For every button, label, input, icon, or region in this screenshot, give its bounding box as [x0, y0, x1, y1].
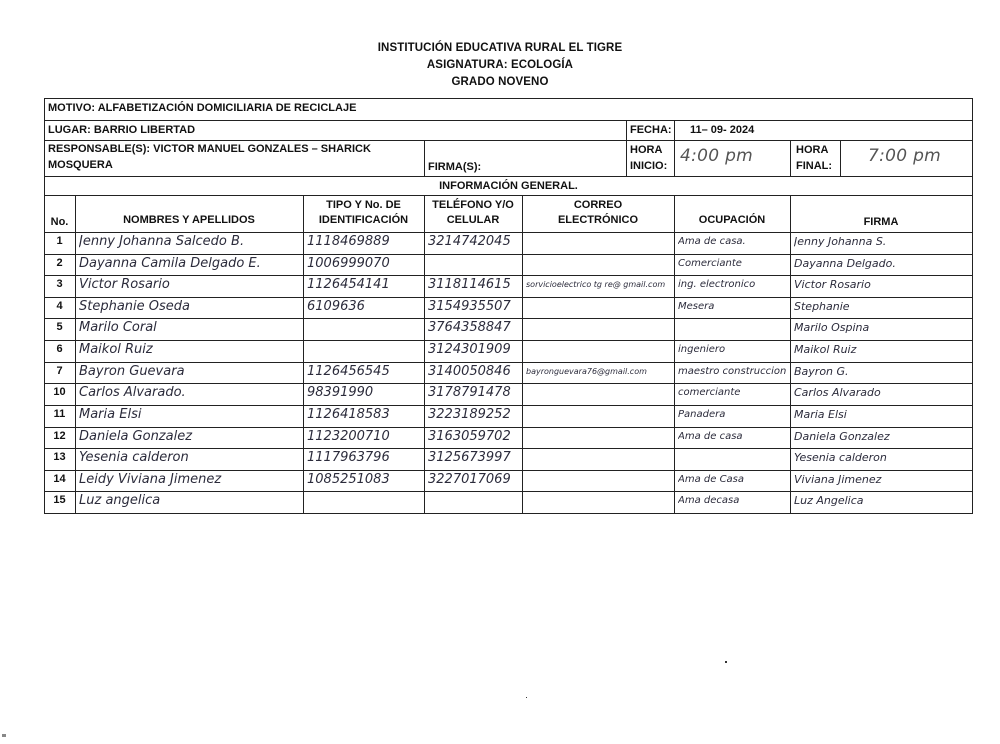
divider — [790, 140, 791, 176]
cell-name[interactable]: Luz angelica — [79, 491, 301, 513]
cell-name[interactable]: Carlos Alvarado. — [79, 383, 301, 405]
cell-id[interactable]: 1118469889 — [307, 232, 422, 254]
cell-email[interactable] — [526, 383, 672, 405]
cell-name[interactable]: Dayanna Camila Delgado E. — [79, 254, 301, 276]
cell-phone[interactable]: 3764358847 — [428, 318, 520, 340]
motivo-label: MOTIVO: ALFABETIZACIÓN DOMICILIARIA DE R… — [48, 102, 356, 115]
cell-id[interactable] — [307, 318, 422, 340]
divider — [44, 195, 973, 196]
cell-phone[interactable]: 3227017069 — [428, 470, 520, 492]
cell-email[interactable] — [526, 427, 672, 449]
cell-email[interactable] — [526, 448, 672, 470]
cell-phone[interactable]: 3214742045 — [428, 232, 520, 254]
col-header-id-2: IDENTIFICACIÓN — [303, 213, 424, 227]
divider — [626, 120, 627, 176]
divider — [424, 140, 425, 176]
cell-name[interactable]: Marilo Coral — [79, 318, 301, 340]
cell-occupation[interactable]: comerciante — [678, 383, 788, 405]
col-header-ocupacion: OCUPACIÓN — [674, 213, 790, 227]
scan-speck — [2, 734, 6, 737]
cell-occupation[interactable]: Ama de casa. — [678, 232, 788, 254]
cell-occupation[interactable] — [678, 448, 788, 470]
cell-email[interactable] — [526, 318, 672, 340]
cell-signature[interactable]: Stephanie — [794, 297, 971, 319]
cell-email[interactable] — [526, 340, 672, 362]
responsables-label-line2: MOSQUERA — [48, 159, 113, 172]
cell-occupation[interactable]: ing. electronico — [678, 275, 788, 297]
cell-signature[interactable]: Viviana Jimenez — [794, 470, 971, 492]
scan-speck — [725, 661, 727, 663]
cell-phone[interactable]: 3140050846 — [428, 362, 520, 384]
row-number: 11 — [44, 408, 75, 420]
fecha-value: 11– 09- 2024 — [690, 124, 754, 137]
row-number: 6 — [44, 343, 75, 355]
cell-name[interactable]: Victor Rosario — [79, 275, 301, 297]
cell-id[interactable]: 1123200710 — [307, 427, 422, 449]
row-number: 12 — [44, 430, 75, 442]
cell-signature[interactable]: Marilo Ospina — [794, 318, 971, 340]
col-header-correo-2: ELECTRÓNICO — [522, 213, 674, 227]
col-header-firma: FIRMA — [790, 215, 972, 229]
cell-email[interactable]: sorvicioelectrico tg re@ gmail.com — [526, 275, 672, 297]
cell-name[interactable]: Jenny Johanna Salcedo B. — [79, 232, 301, 254]
col-header-correo-1: CORREO — [522, 198, 674, 212]
cell-phone[interactable] — [428, 491, 520, 513]
row-number: 2 — [44, 257, 75, 269]
cell-id[interactable]: 1006999070 — [307, 254, 422, 276]
cell-occupation[interactable]: ingeniero — [678, 340, 788, 362]
scan-speck — [526, 697, 527, 698]
cell-signature[interactable]: Yesenia calderon — [794, 448, 971, 470]
cell-email[interactable] — [526, 232, 672, 254]
cell-occupation[interactable]: Ama de Casa — [678, 470, 788, 492]
cell-phone[interactable]: 3125673997 — [428, 448, 520, 470]
cell-occupation[interactable]: Comerciante — [678, 254, 788, 276]
cell-signature[interactable]: Maria Elsi — [794, 405, 971, 427]
cell-email[interactable] — [526, 491, 672, 513]
lugar-label: LUGAR: BARRIO LIBERTAD — [48, 124, 195, 137]
cell-signature[interactable]: Luz Angelica — [794, 491, 971, 513]
fecha-label: FECHA: — [630, 124, 672, 137]
cell-id[interactable]: 1126418583 — [307, 405, 422, 427]
cell-phone[interactable]: 3163059702 — [428, 427, 520, 449]
row-number: 4 — [44, 300, 75, 312]
cell-id[interactable] — [307, 340, 422, 362]
row-number: 3 — [44, 278, 75, 290]
cell-name[interactable]: Stephanie Oseda — [79, 297, 301, 319]
cell-email[interactable] — [526, 405, 672, 427]
divider — [44, 120, 973, 121]
hora-final-value[interactable]: 7:00 pm — [868, 148, 941, 164]
cell-name[interactable]: Bayron Guevara — [79, 362, 301, 384]
cell-signature[interactable]: Bayron G. — [794, 362, 971, 384]
cell-id[interactable]: 98391990 — [307, 383, 422, 405]
cell-phone[interactable]: 3124301909 — [428, 340, 520, 362]
cell-id[interactable]: 1117963796 — [307, 448, 422, 470]
row-number: 5 — [44, 321, 75, 333]
cell-signature[interactable]: Daniela Gonzalez — [794, 427, 971, 449]
cell-email[interactable] — [526, 254, 672, 276]
divider — [840, 140, 841, 176]
col-header-nombres: NOMBRES Y APELLIDOS — [75, 213, 303, 227]
col-header-tel-2: CELULAR — [424, 213, 522, 227]
cell-occupation[interactable]: Mesera — [678, 297, 788, 319]
row-number: 7 — [44, 365, 75, 377]
subject-title: ASIGNATURA: ECOLOGÍA — [0, 59, 1000, 71]
cell-phone[interactable]: 3154935507 — [428, 297, 520, 319]
cell-name[interactable]: Daniela Gonzalez — [79, 427, 301, 449]
cell-occupation[interactable]: maestro construccion — [678, 362, 788, 384]
row-number: 14 — [44, 473, 75, 485]
cell-name[interactable]: Maria Elsi — [79, 405, 301, 427]
cell-occupation[interactable] — [678, 318, 788, 340]
section-title: INFORMACIÓN GENERAL. — [44, 180, 973, 193]
cell-id[interactable]: 6109636 — [307, 297, 422, 319]
divider — [44, 140, 973, 141]
cell-id[interactable]: 1085251083 — [307, 470, 422, 492]
hora-final-label-2: FINAL: — [796, 160, 832, 173]
row-number: 1 — [44, 235, 75, 247]
hora-inicio-value[interactable]: 4:00 pm — [680, 148, 753, 164]
cell-email[interactable] — [526, 470, 672, 492]
hora-inicio-label-2: INICIO: — [630, 160, 667, 173]
row-number: 13 — [44, 451, 75, 463]
cell-id[interactable] — [307, 491, 422, 513]
cell-signature[interactable]: Dayanna Delgado. — [794, 254, 971, 276]
cell-id[interactable]: 1126454141 — [307, 275, 422, 297]
cell-name[interactable]: Leidy Viviana Jimenez — [79, 470, 301, 492]
cell-name[interactable]: Maikol Ruiz — [79, 340, 301, 362]
firmas-label: FIRMA(S): — [428, 161, 481, 174]
cell-phone[interactable] — [428, 254, 520, 276]
hora-inicio-label-1: HORA — [630, 144, 662, 157]
institution-title: INSTITUCIÓN EDUCATIVA RURAL EL TIGRE — [0, 42, 1000, 54]
cell-phone[interactable]: 3223189252 — [428, 405, 520, 427]
responsables-label-line1: RESPONSABLE(S): VICTOR MANUEL GONZALES –… — [48, 143, 371, 156]
cell-email[interactable]: bayronguevara76@gmail.com — [526, 362, 672, 384]
cell-phone[interactable]: 3118114615 — [428, 275, 520, 297]
cell-occupation[interactable]: Panadera — [678, 405, 788, 427]
col-header-no: No. — [44, 215, 75, 229]
divider — [674, 120, 675, 176]
cell-signature[interactable]: Maikol Ruiz — [794, 340, 971, 362]
cell-signature[interactable]: Jenny Johanna S. — [794, 232, 971, 254]
cell-signature[interactable]: Victor Rosario — [794, 275, 971, 297]
grade-title: GRADO NOVENO — [0, 76, 1000, 88]
cell-occupation[interactable]: Ama decasa — [678, 491, 788, 513]
cell-name[interactable]: Yesenia calderon — [79, 448, 301, 470]
cell-email[interactable] — [526, 297, 672, 319]
col-header-tel-1: TELÉFONO Y/O — [424, 198, 522, 212]
cell-signature[interactable]: Carlos Alvarado — [794, 383, 971, 405]
cell-id[interactable]: 1126456545 — [307, 362, 422, 384]
hora-final-label-1: HORA — [796, 144, 828, 157]
row-number: 10 — [44, 386, 75, 398]
divider — [44, 176, 973, 177]
cell-phone[interactable]: 3178791478 — [428, 383, 520, 405]
row-number: 15 — [44, 494, 75, 506]
cell-occupation[interactable]: Ama de casa — [678, 427, 788, 449]
col-header-id-1: TIPO Y No. DE — [303, 198, 424, 212]
